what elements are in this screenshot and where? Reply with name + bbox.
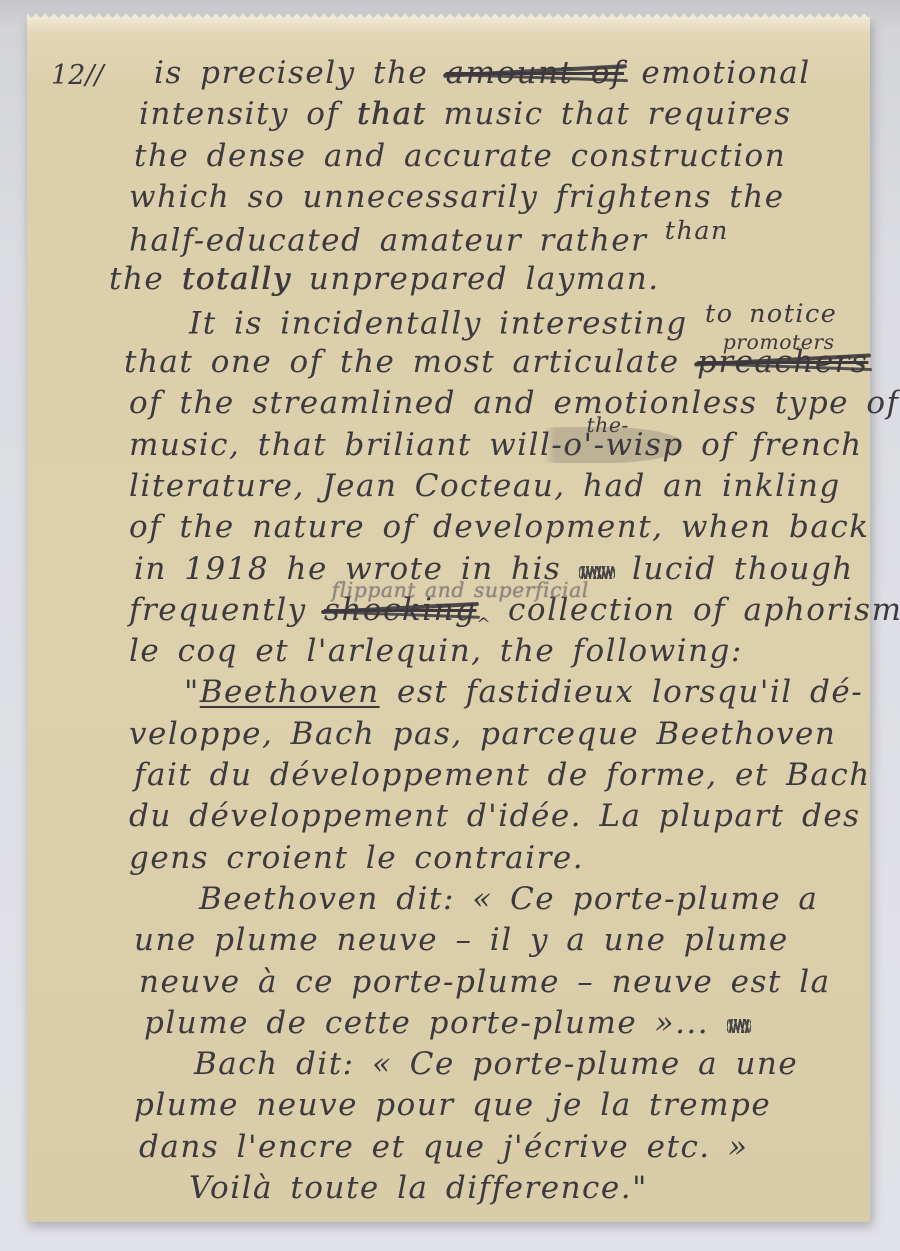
manuscript-line: intensity of that music that requires [109,94,856,135]
text-segment: music, that briliant [129,427,489,463]
text-segment: is precisely the [154,55,446,91]
crossed-out-text: amount of [446,55,624,91]
text-segment: neuve à ce porte-plume – neuve est la [139,964,831,1000]
crossed-out-text: shocking [324,592,476,628]
manuscript-line: du développement d'idée. La plupart des [109,796,856,837]
text-segment: the [109,261,182,297]
inserted-text: the- [586,415,628,435]
scribbled-out-word [579,566,615,579]
manuscript-line: of the nature of development, when back [109,507,856,548]
text-segment: du développement d'idée. La plupart des [129,798,861,834]
text-segment: that one of the most articulate [124,344,697,380]
manuscript-line: neuve à ce porte-plume – neuve est la [109,962,856,1003]
text-segment: of french [684,427,863,463]
text-segment: half-educated amateur rather [129,223,665,259]
text-segment: of the streamlined and emotionless type … [129,385,900,421]
manuscript-line: Beethoven dit: « Ce porte-plume a [109,879,856,920]
text-segment: veloppe, Bach pas, parceque Beethoven [129,716,836,752]
scribbled-out-mark [727,1019,751,1033]
manuscript-line: Bach dit: « Ce porte-plume a une [109,1044,856,1085]
manuscript-line: une plume neuve – il y a une plume [109,920,856,961]
manuscript-line: the dense and accurate construction [109,136,856,177]
text-segment: Beethoven [200,674,380,710]
text-segment: music that requires [426,96,791,132]
text-segment: dans l'encre et que j'écrive etc. » [139,1129,748,1165]
text-segment: gens croient le contraire. [129,840,584,876]
text-segment: est fastidieux lorsqu'il dé- [380,674,864,710]
page-number-marker: 12// [51,55,104,96]
text-segment: plume de cette porte-plume »... [144,1005,727,1041]
correction-stack: the-will-o'-wisp [489,425,684,466]
text-segment: literature, Jean Cocteau, had an inkling [129,468,841,504]
manuscript-line: which so unnecessarily frightens the [109,177,856,218]
text-segment: the dense and accurate construction [134,138,786,174]
text-segment: plume neuve pour que je la trempe [134,1087,771,1123]
text-block: 12//is precisely the amount of emotional… [109,53,856,1209]
manuscript-line: that one of the most articulate promoter… [109,342,856,383]
text-segment: une plume neuve – il y a une plume [134,922,789,958]
manuscript-line: the totally unprepared layman. [109,259,856,300]
scan-background: { "document": { "type": "handwritten-man… [0,0,900,1251]
manuscript-line: le coq et l'arlequin, the following: [109,631,856,672]
manuscript-line: plume de cette porte-plume »... [109,1003,856,1044]
text-segment: which so unnecessarily frightens the [129,179,785,215]
manuscript-line: veloppe, Bach pas, parceque Beethoven [109,714,856,755]
text-segment: Bach dit: « Ce porte-plume a une [194,1046,798,1082]
text-segment: intensity of [139,96,357,132]
text-segment: lucid though [615,551,854,587]
text-segment: It is incidentally interesting [189,305,705,341]
overwritten-word: totally [182,261,292,297]
text-segment: than [665,218,729,243]
text-segment: to notice [705,301,837,326]
manuscript-page: 12//is precisely the amount of emotional… [27,19,870,1222]
text-segment: " [184,674,200,710]
manuscript-line: literature, Jean Cocteau, had an inkling [109,466,856,507]
text-segment: frequently [129,592,324,628]
manuscript-line: fait du développement de forme, et Bach [109,755,856,796]
text-segment: Beethoven dit: « Ce porte-plume a [199,881,818,917]
correction-stack: flippant and superficialshocking [324,590,476,631]
manuscript-line: gens croient le contraire. [109,838,856,879]
manuscript-line: plume neuve pour que je la trempe [109,1085,856,1126]
manuscript-line: 12//is precisely the amount of emotional [109,53,856,94]
crossed-out-text: preachers [697,344,868,380]
manuscript-line: half-educated amateur rather than [109,218,856,259]
text-segment: emotional [624,55,811,91]
text-segment: fait du développement de forme, et Bach [134,757,871,793]
manuscript-line: "Beethoven est fastidieux lorsqu'il dé- [109,672,856,713]
manuscript-line: frequently flippant and superficialshock… [109,590,856,631]
manuscript-line: of the streamlined and emotionless type … [109,383,856,424]
manuscript-line: Voilà toute la difference." [109,1168,856,1209]
torn-perforated-edge [27,13,870,19]
overwritten-word: that [357,96,426,132]
correction-stack: promoterspreachers [697,342,868,383]
manuscript-line: music, that briliant the-will-o'-wisp of… [109,425,856,466]
text-segment: Voilà toute la difference." [189,1170,648,1206]
text-segment: of the nature of development, when back [129,509,869,545]
text-segment: unprepared layman. [292,261,660,297]
manuscript-line: dans l'encre et que j'écrive etc. » [109,1127,856,1168]
text-segment: le coq et l'arlequin, the following: [129,633,743,669]
